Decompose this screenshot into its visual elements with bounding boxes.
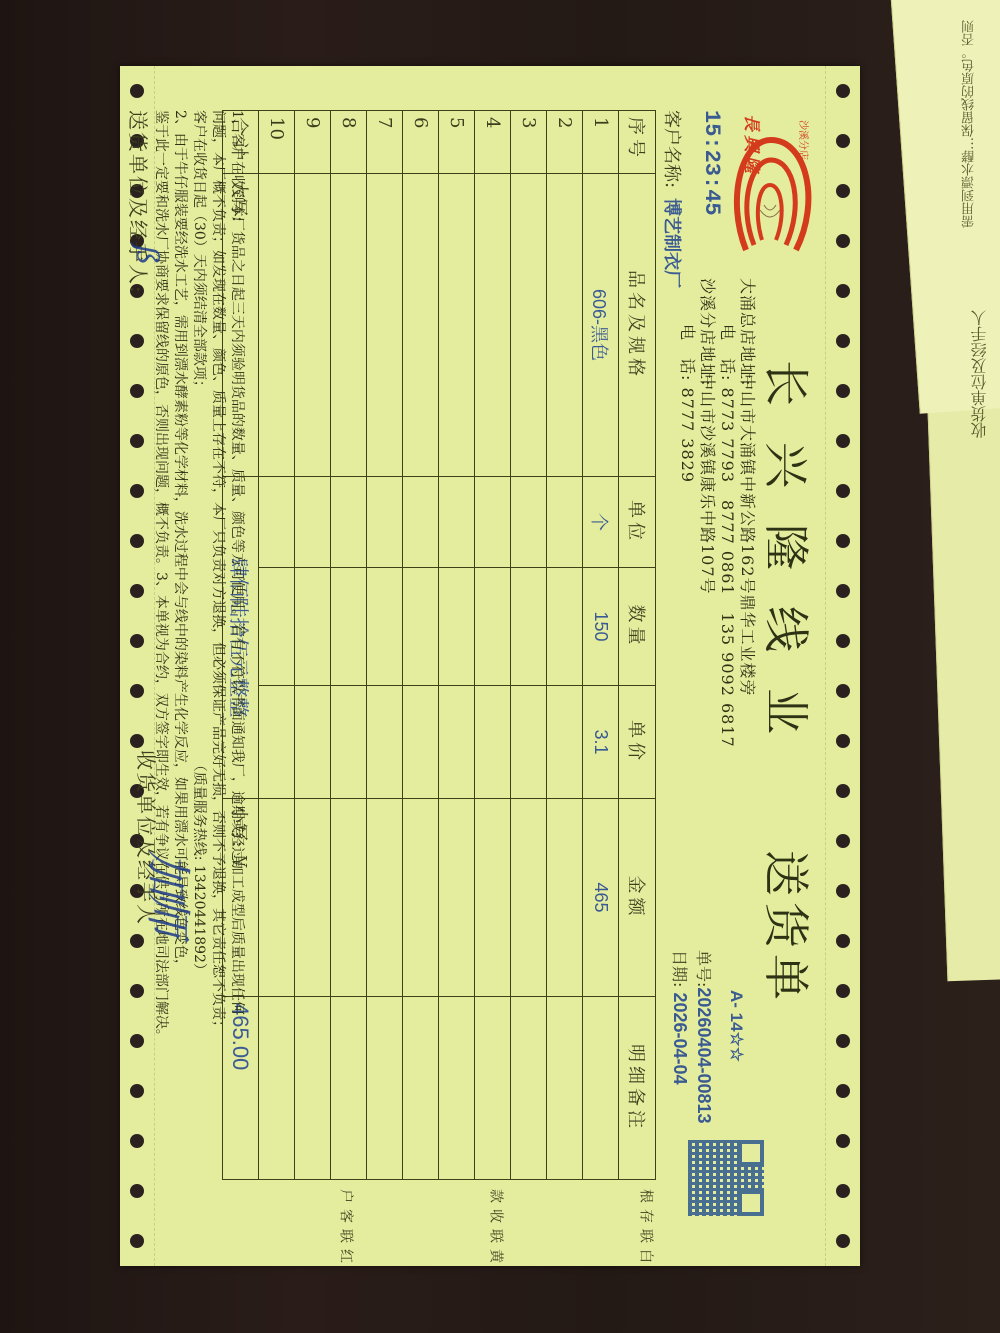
branch-phone: 电 话: 8777 3829	[677, 324, 700, 483]
col-header-unit: 单位	[619, 477, 656, 568]
col-header-amount: 金额	[619, 799, 656, 997]
branch-address: 沙溪分店地址:中山市沙溪镇康乐中路107号	[697, 278, 720, 595]
col-header-name: 品名及规格	[619, 174, 656, 477]
copy-label-yellow: 黄联收款	[488, 1185, 504, 1265]
items-table: 序号 品名及规格 单位 数量 单价 金额 明细备注 1 606-黑色 个 150…	[222, 110, 656, 1180]
terms-and-conditions: 1、客户在收到本厂货品之日起三天内须验明货品的数量、质量、颜色等方可使用。若有不…	[151, 110, 246, 1200]
table-row: 3	[511, 111, 547, 1180]
table-row: 1 606-黑色 个 150 3.1 465	[583, 111, 619, 1180]
logo-branch-text: 沙溪分店	[797, 120, 812, 160]
main-store-phone: 电 话: 8773 7793 8777 0861 135 9092 6817	[717, 324, 740, 748]
delivery-note-photo: 沙溪分店 長興隆 15:23:45 长兴隆线业 送货单 大涌总店地址:中山市大涌…	[120, 0, 860, 1333]
sprocket-holes-top	[825, 66, 860, 1266]
company-name: 长兴隆线业	[756, 360, 822, 770]
table-row: 4	[475, 111, 511, 1180]
document-title: 送货单	[756, 850, 822, 1006]
table-row: 2	[547, 111, 583, 1180]
serial-code: A- 14☆☆	[726, 990, 746, 1062]
table-row: 8	[331, 111, 367, 1180]
table-row: 5	[439, 111, 475, 1180]
copy-label-white: 白联存根	[638, 1185, 654, 1265]
sender-signature-label: 送货单位及经手人:	[126, 110, 150, 295]
col-header-note: 明细备注	[619, 997, 656, 1180]
order-number: 单号:20260404-00813	[693, 950, 716, 1124]
table-header-row: 序号 品名及规格 单位 数量 单价 金额 明细备注	[619, 111, 656, 1180]
order-date: 日期: 2026-04-04	[669, 950, 692, 1085]
customer-name: 客户名称:博艺制衣厂	[660, 110, 686, 288]
background-paper-text: 需用到漂水酵…保留线的原色。否则	[960, 20, 979, 228]
qr-code-icon	[688, 1140, 764, 1216]
col-header-qty: 数量	[619, 568, 656, 686]
receiver-signature: 加师	[138, 850, 204, 930]
col-header-price: 单价	[619, 686, 656, 799]
delivery-note: 沙溪分店 長興隆 15:23:45 长兴隆线业 送货单 大涌总店地址:中山市大涌…	[120, 66, 860, 1266]
sender-signature: ß	[129, 245, 164, 265]
print-time: 15:23:45	[699, 110, 724, 216]
table-row: 7	[367, 111, 403, 1180]
table-row: 6	[403, 111, 439, 1180]
signature-row: 送货单位及经手人: 收货单位及经手人	[125, 110, 154, 1210]
background-paper-text: 收货单位及经手人	[968, 310, 991, 438]
main-store-address: 大涌总店地址:中山市大涌镇中新公路162号鼎华工业楼旁	[737, 278, 760, 697]
table-row: 10	[259, 111, 295, 1180]
logo-text: 長興隆	[741, 114, 766, 177]
table-row: 9	[295, 111, 331, 1180]
copy-label-red: 红联客户	[338, 1185, 354, 1265]
col-header-no: 序号	[619, 111, 656, 174]
